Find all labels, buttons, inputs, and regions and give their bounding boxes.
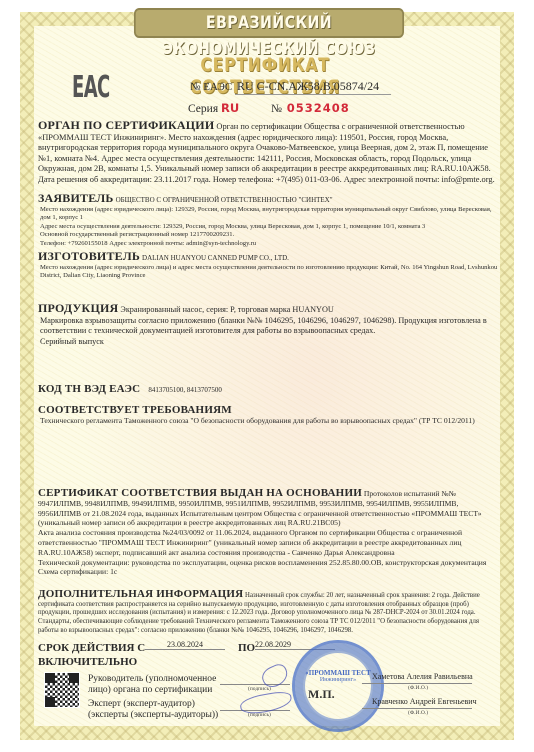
validity-from-date: 23.08.2024 xyxy=(145,640,225,650)
head-name-caption: (Ф.И.О.) xyxy=(408,685,428,691)
product-release: Серийный выпуск xyxy=(38,337,500,348)
additional-section: ДОПОЛНИТЕЛЬНАЯ ИНФОРМАЦИЯ Назначенный ср… xyxy=(38,590,500,636)
series-label: Серия xyxy=(188,103,218,115)
organ-section: ОРГАН ПО СЕРТИФИКАЦИИ Орган по сертифика… xyxy=(38,120,500,186)
product-heading: ПРОДУКЦИЯ xyxy=(38,301,118,315)
applicant-line: Адрес места осуществления деятельности: … xyxy=(38,223,500,232)
blank-number-value: 0532408 xyxy=(287,101,350,115)
organ-stamp-icon: «ПРОММАШ ТЕСТ Инжиниринг» xyxy=(292,640,384,732)
requirements-heading: СООТВЕТСТВУЕТ ТРЕБОВАНИЯМ xyxy=(38,405,500,416)
blank-number-label: № xyxy=(271,103,282,115)
qr-code-icon xyxy=(44,672,80,708)
head-signature-caption: (подпись) xyxy=(248,686,271,692)
series-value: RU xyxy=(221,101,239,115)
organ-heading: ОРГАН ПО СЕРТИФИКАЦИИ xyxy=(38,118,214,132)
basis-scheme: Схема сертификации: 1с xyxy=(38,567,500,577)
additional-heading: ДОПОЛНИТЕЛЬНАЯ ИНФОРМАЦИЯ xyxy=(38,588,243,600)
manufacturer-name: DALIAN HUANYOU CANNED PUMP CO., LTD. xyxy=(142,254,289,262)
applicant-line: Место нахождения (адрес юридического лиц… xyxy=(38,206,500,223)
certificate-number: № ЕАЭС RU C-CN.АЖ58.В.05874/24 xyxy=(190,79,391,94)
head-name: Хаметова Алелия Равильевна xyxy=(372,672,473,681)
expert-signature-label: Эксперт (эксперт-аудитор) (эксперты (экс… xyxy=(88,699,228,721)
product-name: Экранированный насос, серия: P, торговая… xyxy=(120,305,333,314)
head-name-line xyxy=(362,683,472,684)
basis-section: СЕРТИФИКАТ СООТВЕТСТВИЯ ВЫДАН НА ОСНОВАН… xyxy=(38,489,500,577)
applicant-section: ЗАЯВИТЕЛЬ ОБЩЕСТВО С ОГРАНИЧЕННОЙ ОТВЕТС… xyxy=(38,193,500,249)
union-banner: ЕВРАЗИЙСКИЙ ЭКОНОМИЧЕСКИЙ СОЮЗ xyxy=(134,8,404,38)
basis-heading: СЕРТИФИКАТ СООТВЕТСТВИЯ ВЫДАН НА ОСНОВАН… xyxy=(38,487,362,499)
validity-inclusive: ВКЛЮЧИТЕЛЬНО xyxy=(38,656,137,668)
manufacturer-text: Место нахождения (адрес юридического лиц… xyxy=(38,264,500,281)
product-text: Маркировка взрывозащиты согласно приложе… xyxy=(38,316,500,337)
manufacturer-heading: ИЗГОТОВИТЕЛЬ xyxy=(38,249,140,263)
expert-name-caption: (Ф.И.О.) xyxy=(408,710,428,716)
eac-logo-icon: ЕАС xyxy=(72,70,110,105)
head-signature-label: Руководитель (уполномоченное лицо) орган… xyxy=(88,674,228,696)
stamp-name: «ПРОММАШ ТЕСТ xyxy=(295,669,381,677)
applicant-line: Основной государственный регистрационный… xyxy=(38,231,500,240)
stamp-mp: М.П. xyxy=(308,687,335,702)
code-heading: КОД ТН ВЭД ЕАЭС xyxy=(38,383,140,395)
manufacturer-section: ИЗГОТОВИТЕЛЬ DALIAN HUANYOU CANNED PUMP … xyxy=(38,251,500,281)
validity-to-label: ПО xyxy=(238,642,255,654)
applicant-name: ОБЩЕСТВО С ОГРАНИЧЕННОЙ ОТВЕТСТВЕННОСТЬЮ… xyxy=(116,196,333,204)
code-value: 8413705100, 8413707500 xyxy=(148,386,222,394)
expert-name: Кравченко Андрей Евгеньевич xyxy=(372,697,477,706)
applicant-heading: ЗАЯВИТЕЛЬ xyxy=(38,191,114,205)
certificate-number-value: RU C-CN.АЖ58.В.05874/24 xyxy=(235,79,391,95)
code-section: КОД ТН ВЭД ЕАЭС 8413705100, 8413707500 xyxy=(38,384,500,396)
applicant-line: Телефон: +79260155018 Адрес электронной … xyxy=(38,240,500,249)
expert-name-line xyxy=(362,708,472,709)
basis-text-3: Технической документации: руководства по… xyxy=(38,558,500,568)
certificate-number-label: № ЕАЭС xyxy=(190,81,232,93)
requirements-section: СООТВЕТСТВУЕТ ТРЕБОВАНИЯМ Технического р… xyxy=(38,405,500,426)
series-line: Серия RU № 0532408 xyxy=(188,101,350,115)
validity-from-label: СРОК ДЕЙСТВИЯ С xyxy=(38,642,145,654)
product-section: ПРОДУКЦИЯ Экранированный насос, серия: P… xyxy=(38,303,500,347)
basis-text-2: Акта анализа состояния производства №24/… xyxy=(38,528,500,557)
requirements-text: Технического регламента Таможенного союз… xyxy=(38,416,500,427)
